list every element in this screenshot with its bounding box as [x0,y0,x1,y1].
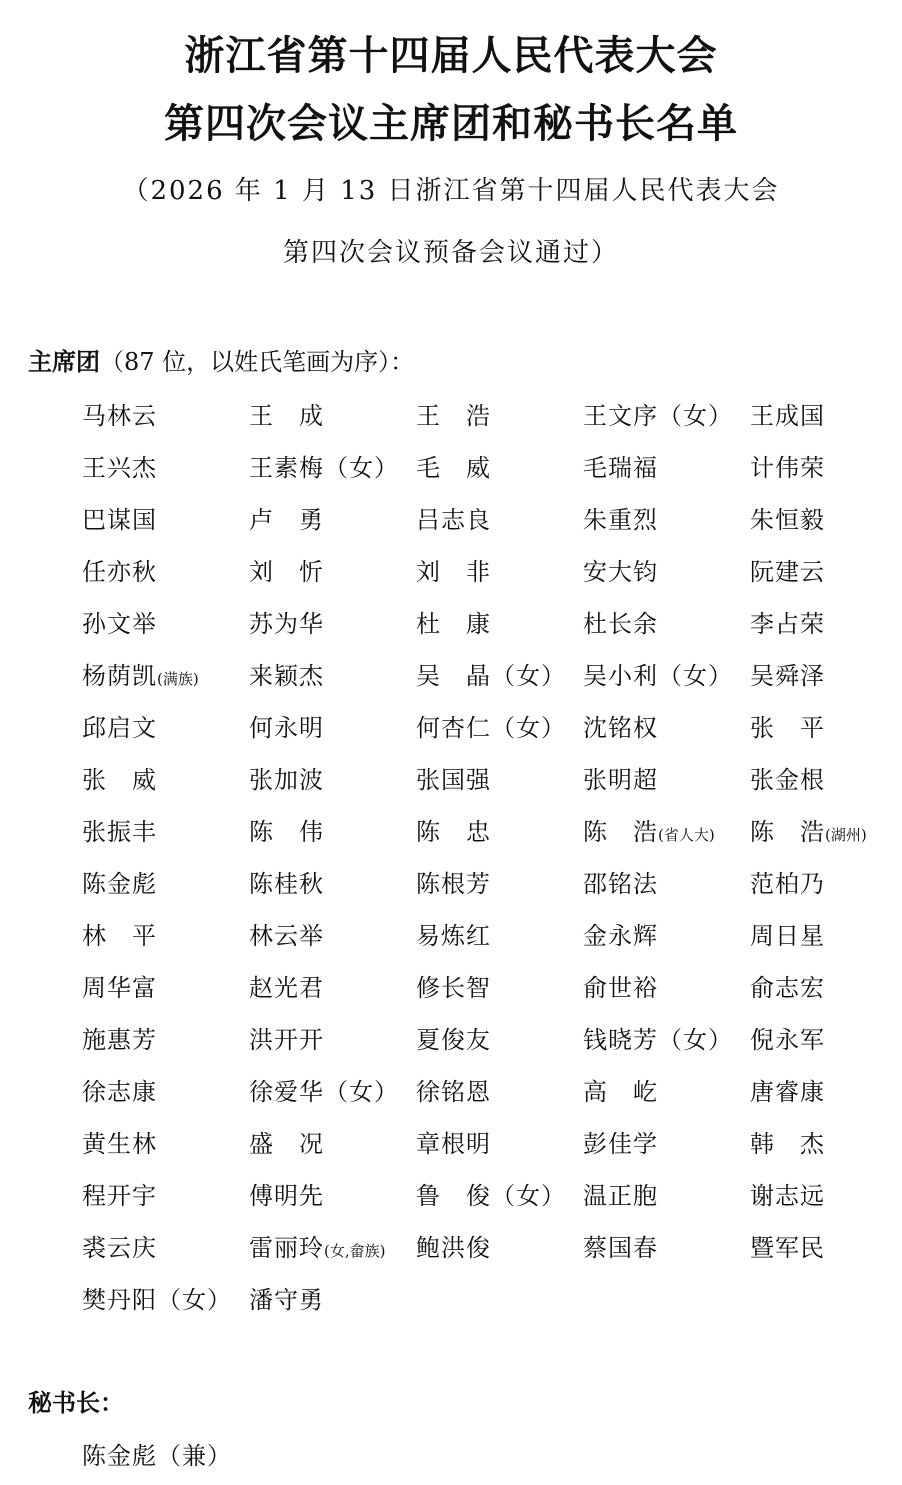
presidium-member: 周华富 [82,972,249,1024]
presidium-member: 杜长余 [583,608,750,660]
member-name: 张 平 [750,714,825,742]
presidium-member: 计伟荣 [750,452,902,504]
member-name: 章根明 [416,1130,491,1158]
secretary-general-note: （兼） [157,1442,232,1470]
member-name: 陈根芳 [416,870,491,898]
member-note: （女） [491,1182,566,1210]
presidium-member: 温正胞 [583,1180,750,1232]
presidium-member: 傅明先 [249,1180,416,1232]
presidium-member: 俞志宏 [750,972,902,1024]
presidium-member: 裘云庆 [82,1232,249,1284]
member-name: 苏为华 [249,610,324,638]
member-name: 陈 伟 [249,818,324,846]
member-name: 张国强 [416,766,491,794]
presidium-member: 修长智 [416,972,583,1024]
member-note: （女） [658,402,733,430]
presidium-member: 鲁 俊（女） [416,1180,583,1232]
member-name: 易炼红 [416,922,491,950]
presidium-member: 钱晓芳（女） [583,1024,750,1076]
presidium-member: 金永辉 [583,920,750,972]
member-name: 倪永军 [750,1026,825,1054]
presidium-member: 邱启文 [82,712,249,764]
member-name: 陈 浩 [583,818,658,846]
document-subtitle-line-1: （2026 年 1 月 13 日浙江省第十四届人民代表大会 [0,178,902,204]
presidium-member: 林云举 [249,920,416,972]
member-name: 王文序 [583,402,658,430]
secretary-general-heading-label: 秘书长： [28,1389,124,1417]
member-name: 王素梅 [249,454,324,482]
member-name: 吕志良 [416,506,491,534]
presidium-member: 易炼红 [416,920,583,972]
member-name: 潘守勇 [249,1286,324,1314]
member-name: 张 威 [82,766,157,794]
presidium-member: 何杏仁（女） [416,712,583,764]
member-name: 刘 忻 [249,558,324,586]
presidium-member: 夏俊友 [416,1024,583,1076]
presidium-member: 陈根芳 [416,868,583,920]
presidium-member: 张加波 [249,764,416,816]
member-name: 毛 威 [416,454,491,482]
secretary-general-name: 陈金彪 [82,1442,157,1470]
presidium-member: 王兴杰 [82,452,249,504]
presidium-member: 吴小利（女） [583,660,750,712]
member-name: 杜长余 [583,610,658,638]
presidium-member: 陈桂秋 [249,868,416,920]
member-note: （女） [658,1026,733,1054]
member-name: 赵光君 [249,974,324,1002]
member-name: 修长智 [416,974,491,1002]
member-note: (湖州) [825,826,867,844]
member-name: 孙文举 [82,610,157,638]
member-name: 计伟荣 [750,454,825,482]
member-name: 陈 忠 [416,818,491,846]
member-name: 吴舜泽 [750,662,825,690]
presidium-member: 张明超 [583,764,750,816]
member-name: 徐铭恩 [416,1078,491,1106]
member-note: （女） [491,714,566,742]
member-name: 李占荣 [750,610,825,638]
secretary-general-entry: 陈金彪（兼） [82,1440,232,1472]
member-name: 雷丽玲 [249,1234,324,1262]
member-name: 张加波 [249,766,324,794]
presidium-member: 雷丽玲(女,畲族) [249,1232,416,1284]
presidium-member: 徐志康 [82,1076,249,1128]
presidium-member: 杜 康 [416,608,583,660]
presidium-member: 陈 伟 [249,816,416,868]
presidium-member: 黄生林 [82,1128,249,1180]
presidium-member: 沈铭权 [583,712,750,764]
member-name: 俞世裕 [583,974,658,1002]
presidium-member: 巴谋国 [82,504,249,556]
member-name: 任亦秋 [82,558,157,586]
member-name: 温正胞 [583,1182,658,1210]
presidium-member: 徐铭恩 [416,1076,583,1128]
member-name: 洪开开 [249,1026,324,1054]
member-name: 毛瑞福 [583,454,658,482]
presidium-member: 俞世裕 [583,972,750,1024]
presidium-member: 王素梅（女） [249,452,416,504]
presidium-member: 潘守勇 [249,1284,416,1336]
member-name: 范柏乃 [750,870,825,898]
presidium-member: 马林云 [82,400,249,452]
presidium-member: 王成国 [750,400,902,452]
member-note: （女） [658,662,733,690]
presidium-member: 范柏乃 [750,868,902,920]
presidium-member: 任亦秋 [82,556,249,608]
member-name: 王成国 [750,402,825,430]
member-name: 彭佳学 [583,1130,658,1158]
presidium-member: 陈 浩(省人大) [583,816,750,868]
member-note: （女） [324,1078,399,1106]
presidium-member: 周日星 [750,920,902,972]
presidium-member: 施惠芳 [82,1024,249,1076]
presidium-member: 杨荫凯(满族) [82,660,249,712]
secretary-general-heading: 秘书长： [28,1391,124,1415]
presidium-member: 彭佳学 [583,1128,750,1180]
member-name: 杨荫凯 [82,662,157,690]
member-name: 王 成 [249,402,324,430]
presidium-heading-label: 主席团 [28,348,100,376]
presidium-member: 何永明 [249,712,416,764]
member-note: （女） [324,454,399,482]
member-name: 朱重烈 [583,506,658,534]
presidium-member: 陈金彪 [82,868,249,920]
member-name: 沈铭权 [583,714,658,742]
presidium-member: 刘 非 [416,556,583,608]
member-name: 钱晓芳 [583,1026,658,1054]
member-name: 裘云庆 [82,1234,157,1262]
member-name: 程开宇 [82,1182,157,1210]
member-name: 张明超 [583,766,658,794]
member-name: 朱恒毅 [750,506,825,534]
member-name: 吴 晶 [416,662,491,690]
member-name: 邵铭法 [583,870,658,898]
member-name: 吴小利 [583,662,658,690]
presidium-member: 张 平 [750,712,902,764]
member-name: 徐爱华 [249,1078,324,1106]
presidium-member: 高 屹 [583,1076,750,1128]
member-name: 俞志宏 [750,974,825,1002]
presidium-member: 刘 忻 [249,556,416,608]
presidium-member: 倪永军 [750,1024,902,1076]
presidium-heading: 主席团（87 位，以姓氏笔画为序）： [28,350,414,374]
presidium-member: 王文序（女） [583,400,750,452]
member-note: （女） [491,662,566,690]
member-name: 阮建云 [750,558,825,586]
member-name: 张金根 [750,766,825,794]
member-name: 暨军民 [750,1234,825,1262]
presidium-member: 洪开开 [249,1024,416,1076]
presidium-member: 樊丹阳（女） [82,1284,249,1336]
presidium-member: 盛 况 [249,1128,416,1180]
member-name: 蔡国春 [583,1234,658,1262]
member-name: 周华富 [82,974,157,1002]
member-note: (满族) [157,670,199,688]
member-name: 樊丹阳 [82,1286,157,1314]
document-subtitle-line-2: 第四次会议预备会议通过） [0,240,902,266]
presidium-member: 卢 勇 [249,504,416,556]
presidium-member: 毛瑞福 [583,452,750,504]
document-title-line-2: 第四次会议主席团和秘书长名单 [0,104,902,144]
member-name: 马林云 [82,402,157,430]
presidium-member: 李占荣 [750,608,902,660]
presidium-member: 林 平 [82,920,249,972]
presidium-member: 唐睿康 [750,1076,902,1128]
member-name: 黄生林 [82,1130,157,1158]
presidium-member: 孙文举 [82,608,249,660]
presidium-member: 苏为华 [249,608,416,660]
member-name: 鲍洪俊 [416,1234,491,1262]
member-name: 王 浩 [416,402,491,430]
presidium-member: 张振丰 [82,816,249,868]
member-name: 盛 况 [249,1130,324,1158]
presidium-member: 毛 威 [416,452,583,504]
member-name: 陈 浩 [750,818,825,846]
presidium-member: 徐爱华（女） [249,1076,416,1128]
presidium-member: 暨军民 [750,1232,902,1284]
member-name: 王兴杰 [82,454,157,482]
presidium-member: 蔡国春 [583,1232,750,1284]
presidium-member: 吴 晶（女） [416,660,583,712]
member-name: 卢 勇 [249,506,324,534]
member-name: 杜 康 [416,610,491,638]
presidium-member: 吴舜泽 [750,660,902,712]
presidium-member: 王 成 [249,400,416,452]
member-name: 陈金彪 [82,870,157,898]
member-name: 夏俊友 [416,1026,491,1054]
member-name: 傅明先 [249,1182,324,1210]
presidium-member: 程开宇 [82,1180,249,1232]
member-name: 韩 杰 [750,1130,825,1158]
member-name: 巴谋国 [82,506,157,534]
member-name: 谢志远 [750,1182,825,1210]
presidium-member: 邵铭法 [583,868,750,920]
member-name: 何杏仁 [416,714,491,742]
presidium-member: 张金根 [750,764,902,816]
member-name: 鲁 俊 [416,1182,491,1210]
presidium-member: 陈 浩(湖州) [750,816,902,868]
presidium-member: 韩 杰 [750,1128,902,1180]
member-name: 邱启文 [82,714,157,742]
presidium-member: 阮建云 [750,556,902,608]
presidium-member: 安大钧 [583,556,750,608]
member-name: 金永辉 [583,922,658,950]
member-name: 陈桂秋 [249,870,324,898]
presidium-members-grid: 马林云王 成王 浩王文序（女）王成国王兴杰王素梅（女）毛 威毛瑞福计伟荣巴谋国卢… [82,400,902,1336]
member-name: 何永明 [249,714,324,742]
member-note: (省人大) [658,826,715,844]
member-note: (女,畲族) [324,1242,385,1260]
member-name: 周日星 [750,922,825,950]
presidium-member: 陈 忠 [416,816,583,868]
presidium-heading-note: （87 位，以姓氏笔画为序）： [100,348,414,376]
member-name: 张振丰 [82,818,157,846]
member-name: 施惠芳 [82,1026,157,1054]
member-name: 林云举 [249,922,324,950]
member-name: 来颖杰 [249,662,324,690]
presidium-member: 赵光君 [249,972,416,1024]
presidium-member: 张 威 [82,764,249,816]
presidium-member: 吕志良 [416,504,583,556]
presidium-member: 朱恒毅 [750,504,902,556]
member-name: 唐睿康 [750,1078,825,1106]
presidium-member: 王 浩 [416,400,583,452]
presidium-member: 朱重烈 [583,504,750,556]
member-name: 林 平 [82,922,157,950]
presidium-member: 章根明 [416,1128,583,1180]
document-title-line-1: 浙江省第十四届人民代表大会 [0,36,902,76]
presidium-member: 谢志远 [750,1180,902,1232]
member-note: （女） [157,1286,232,1314]
presidium-member: 来颖杰 [249,660,416,712]
presidium-member: 张国强 [416,764,583,816]
presidium-member: 鲍洪俊 [416,1232,583,1284]
member-name: 刘 非 [416,558,491,586]
member-name: 安大钧 [583,558,658,586]
member-name: 徐志康 [82,1078,157,1106]
member-name: 高 屹 [583,1078,658,1106]
